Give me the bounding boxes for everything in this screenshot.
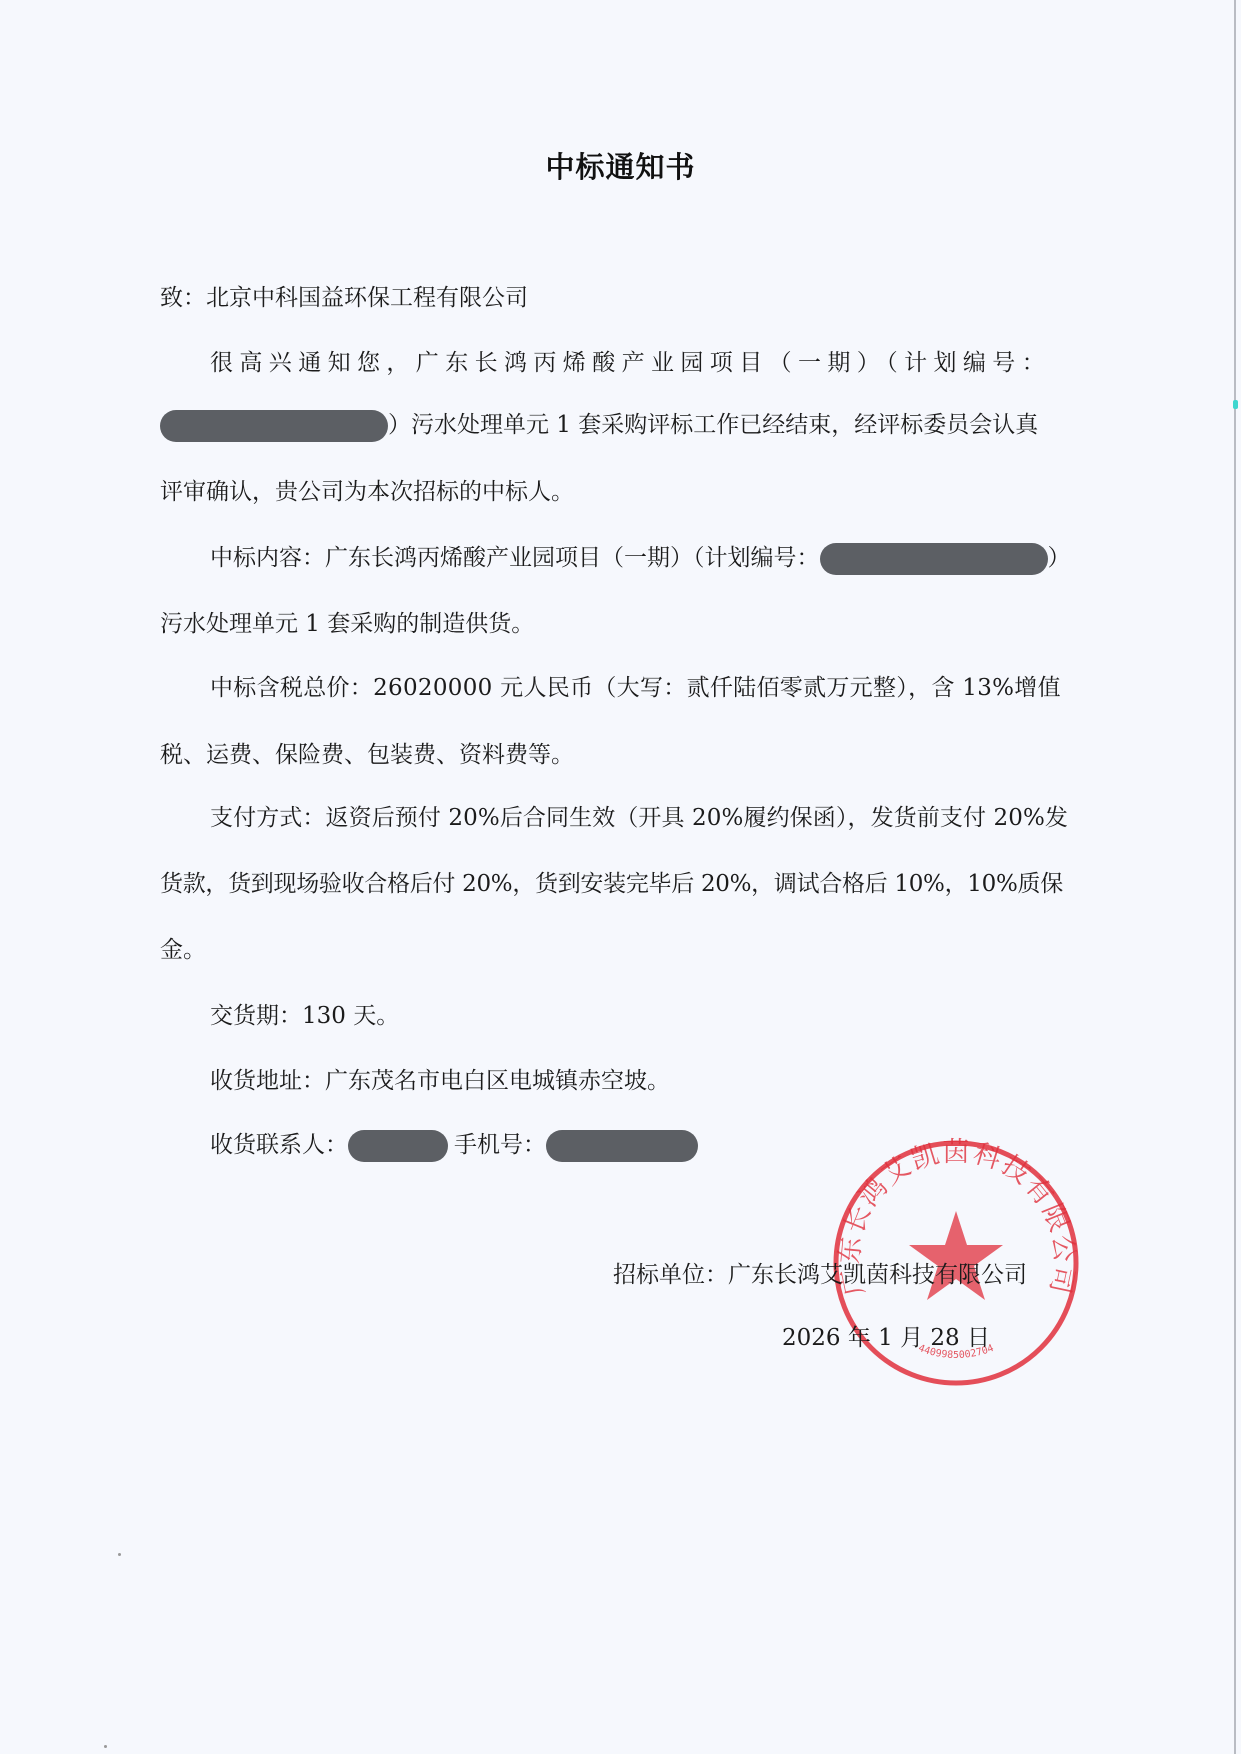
redacted-plan-number [160,410,388,442]
phone-label: 手机号： [454,1132,546,1158]
para1-line1: 很高兴通知您，广东长鸿丙烯酸产业园项目（一期）（计划编号： [210,348,1051,378]
redacted-contact-name [348,1130,448,1162]
scan-edge-mark [1233,400,1238,409]
price-line2: 税、运费、保险费、包装费、资料费等。 [160,740,574,770]
addressee-prefix: 致： [160,285,206,311]
contact-line: 收货联系人：手机号： [210,1130,698,1162]
payment-line1: 支付方式：返资后预付 20%后合同生效（开具 20%履约保函），发货前支付 20… [210,803,1068,833]
para1-line2-text: ）污水处理单元 1 套采购评标工作已经结束，经评标委员会认真 [388,412,1038,438]
para2-line2: 污水处理单元 1 套采购的制造供货。 [160,609,534,639]
para2-close-paren: ） [1048,545,1071,571]
price-line1: 中标含税总价：26020000 元人民币（大写：贰仟陆佰零贰万元整），含 13%… [210,673,1061,703]
scan-speck [118,1553,121,1556]
redacted-phone-number [546,1130,698,1162]
redacted-plan-number-2 [820,543,1048,575]
para1-line3: 评审确认，贵公司为本次招标的中标人。 [160,477,574,507]
scan-page-edge [1234,0,1236,1754]
addressee-line: 致：北京中科国益环保工程有限公司 [160,283,528,313]
payment-line2: 货款，货到现场验收合格后付 20%，货到安装完毕后 20%，调试合格后 10%，… [160,869,1063,899]
addressee-name: 北京中科国益环保工程有限公司 [206,285,528,311]
document-title: 中标通知书 [0,145,1241,186]
scan-speck [104,1745,107,1748]
payment-line3: 金。 [160,935,206,965]
para1-line2: ）污水处理单元 1 套采购评标工作已经结束，经评标委员会认真 [160,410,1038,442]
delivery-period: 交货期：130 天。 [210,1001,399,1031]
contact-label: 收货联系人： [210,1132,348,1158]
para2-line1: 中标内容：广东长鸿丙烯酸产业园项目（一期）（计划编号：） [210,543,1071,575]
delivery-address: 收货地址：广东茂名市电白区电城镇赤空坡。 [210,1066,670,1096]
para2-line1-text: 中标内容：广东长鸿丙烯酸产业园项目（一期）（计划编号： [210,545,820,571]
issue-date: 2026 年 1 月 28 日 [782,1323,990,1353]
issuer-line: 招标单位：广东长鸿艾凯茵科技有限公司 [613,1260,1027,1290]
